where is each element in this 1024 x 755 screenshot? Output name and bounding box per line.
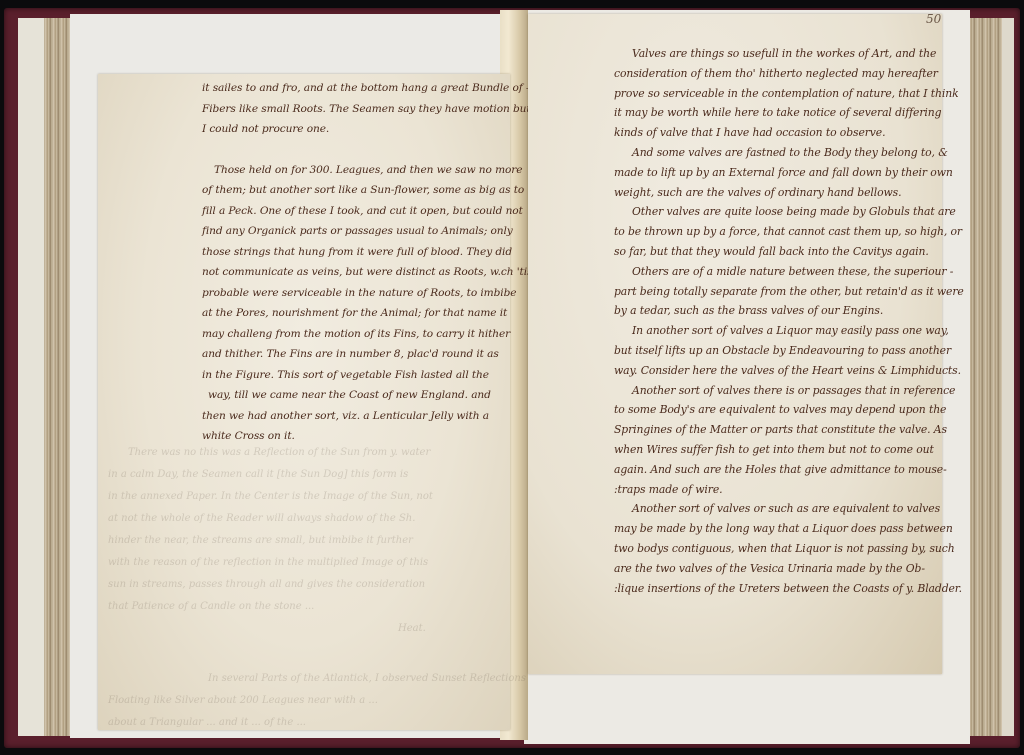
- text-line: Valves are things so usefull in the work…: [614, 44, 964, 64]
- text-line: in the Figure. This sort of vegetable Fi…: [202, 365, 536, 386]
- text-line: may challeng from the motion of its Fins…: [202, 324, 536, 345]
- text-line: probable were serviceable in the nature …: [202, 283, 536, 304]
- bleed-line: Heat.: [108, 618, 433, 640]
- text-line: not communicate as veins, but were disti…: [202, 262, 536, 283]
- text-line: two bodys contiguous, when that Liquor i…: [614, 539, 964, 559]
- text-line: it sailes to and fro, and at the bottom …: [202, 78, 536, 99]
- bleed-line: Floating like Silver about 200 Leagues n…: [108, 690, 526, 712]
- text-line: by a tedar, such as the brass valves of …: [614, 301, 964, 321]
- bleed-through-text-left: There was no this was a Reflection of th…: [108, 442, 433, 640]
- paragraph: Others are of a midle nature between the…: [614, 262, 964, 321]
- paragraph: In another sort of valves a Liquor may e…: [614, 321, 964, 380]
- bleed-line: hinder the near, the streams are small, …: [108, 530, 433, 552]
- text-line: are the two valves of the Vesica Urinari…: [614, 559, 964, 579]
- text-line: at the Pores, nourishment for the Animal…: [202, 303, 536, 324]
- text-line: to be thrown up by a force, that cannot …: [614, 222, 964, 242]
- bleed-line: with the reason of the reflection in the…: [108, 552, 433, 574]
- text-line: it may be worth while here to take notic…: [614, 103, 964, 123]
- text-line: and thither. The Fins are in number 8, p…: [202, 344, 536, 365]
- left-page-text: it sailes to and fro, and at the bottom …: [202, 78, 536, 447]
- text-line: part being totally separate from the oth…: [614, 282, 964, 302]
- text-line: :lique insertions of the Ureters between…: [614, 579, 964, 599]
- text-line: weight, such are the valves of ordinary …: [614, 183, 964, 203]
- text-line: to some Body's are equivalent to valves …: [614, 400, 964, 420]
- text-line: of them; but another sort like a Sun-flo…: [202, 180, 536, 201]
- text-line: Other valves are quite loose being made …: [614, 202, 964, 222]
- page-edges-right: [968, 18, 1002, 736]
- text-line: Springines of the Matter or parts that c…: [614, 420, 964, 440]
- text-line: when Wires suffer fish to get into them …: [614, 440, 964, 460]
- text-line: prove so serviceable in the contemplatio…: [614, 84, 964, 104]
- text-line: kinds of valve that I have had occasion …: [614, 123, 964, 143]
- text-line: way. Consider here the valves of the Hea…: [614, 361, 964, 381]
- bleed-line: in a calm Day, the Seamen call it [the S…: [108, 464, 433, 486]
- text-line: Those held on for 300. Leagues, and then…: [202, 160, 536, 181]
- bleed-line: about a Triangular ... and it ... of the…: [108, 712, 526, 734]
- text-line: And some valves are fastned to the Body …: [614, 143, 964, 163]
- text-line: again. And such are the Holes that give …: [614, 460, 964, 480]
- text-line: then we had another sort, viz. a Lenticu…: [202, 406, 536, 427]
- bleed-line: in the annexed Paper. In the Center is t…: [108, 486, 433, 508]
- right-page-text: Valves are things so usefull in the work…: [614, 44, 964, 598]
- paragraph: Another sort of valves or such as are eq…: [614, 499, 964, 598]
- text-line: so far, but that they would fall back in…: [614, 242, 964, 262]
- text-line: but itself lifts up an Obstacle by Endea…: [614, 341, 964, 361]
- text-line: Another sort of valves or such as are eq…: [614, 499, 964, 519]
- paragraph: Those held on for 300. Leagues, and then…: [202, 160, 536, 447]
- bleed-line: that Patience of a Candle on the stone .…: [108, 596, 433, 618]
- bleed-line: In several Parts of the Atlantick, I obs…: [108, 668, 526, 690]
- text-line: those strings that hung from it were ful…: [202, 242, 536, 263]
- paragraph: And some valves are fastned to the Body …: [614, 143, 964, 202]
- text-line: find any Organick parts or passages usua…: [202, 221, 536, 242]
- text-line: Others are of a midle nature between the…: [614, 262, 964, 282]
- text-line: :traps made of wire.: [614, 480, 964, 500]
- text-line: consideration of them tho' hitherto negl…: [614, 64, 964, 84]
- bleed-line: sun in streams, passes through all and g…: [108, 574, 433, 596]
- text-line: may be made by the long way that a Liquo…: [614, 519, 964, 539]
- paragraph: Another sort of valves there is or passa…: [614, 381, 964, 500]
- text-line: fill a Peck. One of these I took, and cu…: [202, 201, 536, 222]
- text-line: I could not procure one.: [202, 119, 536, 140]
- page-edges-left: [44, 18, 72, 736]
- text-line: made to lift up by an External force and…: [614, 163, 964, 183]
- bleed-through-text-left-bottom: In several Parts of the Atlantick, I obs…: [108, 668, 526, 734]
- paragraph: Valves are things so usefull in the work…: [614, 44, 964, 143]
- text-line: Fibers like small Roots. The Seamen say …: [202, 99, 536, 120]
- text-line: In another sort of valves a Liquor may e…: [614, 321, 964, 341]
- paragraph: Other valves are quite loose being made …: [614, 202, 964, 261]
- folio-number: 50: [926, 12, 941, 26]
- paragraph: it sailes to and fro, and at the bottom …: [202, 78, 536, 140]
- text-line: Another sort of valves there is or passa…: [614, 381, 964, 401]
- text-line: way, till we came near the Coast of new …: [202, 385, 536, 406]
- text-line: white Cross on it.: [202, 426, 536, 447]
- bleed-line: at not the whole of the Reader will alwa…: [108, 508, 433, 530]
